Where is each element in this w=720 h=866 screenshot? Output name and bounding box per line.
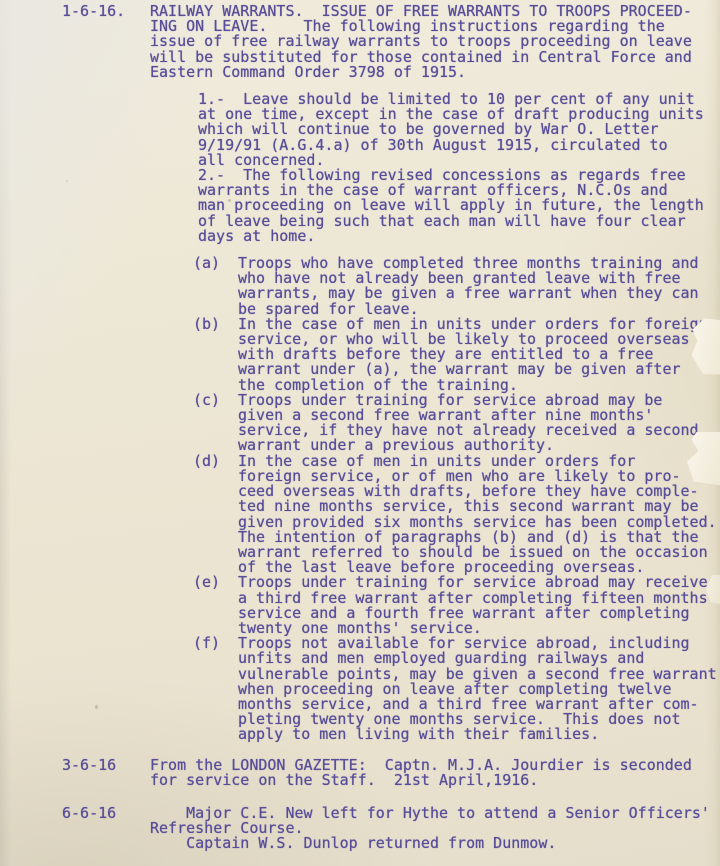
item-label: (e) — [193, 575, 238, 590]
document-page: 1-6-16. RAILWAY WARRANTS. ISSUE OF FREE … — [0, 0, 720, 866]
entry-paragraph: Major C.E. New left for Hythe to attend … — [150, 806, 720, 852]
lettered-list: (a) Troops who have completed three mont… — [193, 256, 720, 743]
entry-body: From the LONDON GAZETTE: Captn. M.J.A. J… — [150, 758, 720, 788]
lettered-item: (c) Troops under training for service ab… — [193, 393, 720, 454]
entry-body: Major C.E. New left for Hythe to attend … — [150, 806, 720, 852]
paper-speck — [228, 199, 231, 202]
lettered-item: (f) Troops not available for service abr… — [193, 636, 720, 742]
entry-date: 1-6-16. — [62, 4, 150, 19]
paper-speck — [95, 705, 98, 709]
item-text: In the case of men in units under orders… — [238, 454, 720, 576]
entry-body: RAILWAY WARRANTS. ISSUE OF FREE WARRANTS… — [150, 4, 720, 743]
item-label: (d) — [193, 454, 238, 469]
entry-date: 6-6-16 — [62, 806, 150, 821]
diary-entry: 6-6-16 Major C.E. New left for Hythe to … — [0, 806, 720, 852]
item-text: Troops who have completed three months t… — [238, 256, 720, 317]
lettered-item: (d) In the case of men in units under or… — [193, 454, 720, 576]
paper-speck — [66, 180, 68, 182]
entry-date: 3-6-16 — [62, 758, 150, 773]
diary-entry: 1-6-16. RAILWAY WARRANTS. ISSUE OF FREE … — [0, 0, 720, 743]
entry-paragraph: From the LONDON GAZETTE: Captn. M.J.A. J… — [150, 758, 720, 788]
lettered-item: (e) Troops under training for service ab… — [193, 575, 720, 636]
item-label: (b) — [193, 317, 238, 332]
entry-heading-paragraph: RAILWAY WARRANTS. ISSUE OF FREE WARRANTS… — [150, 4, 720, 80]
diary-entry: 3-6-16 From the LONDON GAZETTE: Captn. M… — [0, 758, 720, 788]
item-label: (f) — [193, 636, 238, 651]
item-text: Troops not available for service abroad,… — [238, 636, 720, 742]
numbered-paragraphs: 1.- Leave should be limited to 10 per ce… — [198, 92, 720, 244]
lettered-item: (a) Troops who have completed three mont… — [193, 256, 720, 317]
item-text: Troops under training for service abroad… — [238, 393, 720, 454]
lettered-item: (b) In the case of men in units under or… — [193, 317, 720, 393]
item-label: (c) — [193, 393, 238, 408]
item-label: (a) — [193, 256, 238, 271]
item-text: In the case of men in units under orders… — [238, 317, 720, 393]
item-text: Troops under training for service abroad… — [238, 575, 720, 636]
